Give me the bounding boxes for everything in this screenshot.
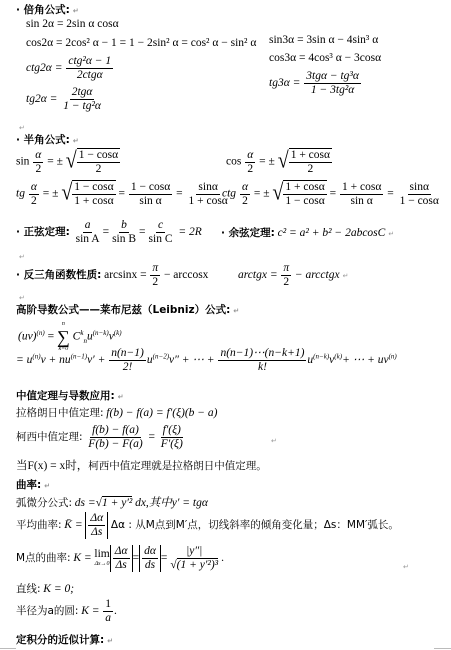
paragraph-mark: ↵ bbox=[73, 8, 79, 15]
average-curvature: 平均曲率: K̄ = ΔαΔs Δα : 从M点到M′点，切线斜率的倾角变化量；… bbox=[16, 512, 399, 539]
formula-cos2a: cos2α = 2cos² α − 1 = 1 − 2sin² α = cos²… bbox=[26, 37, 256, 49]
lagrange-theorem: 拉格朗日中值定理: f(b) − f(a) = f′(ξ)(b − a) bbox=[16, 405, 218, 420]
formula-tg-half: tg α2 = ± √1 − cosα1 + cosα = 1 − cosαsi… bbox=[16, 180, 231, 208]
arc-differential: 弧微分公式: ds =√1 + y′² dx,其中y′ = tgα bbox=[16, 494, 208, 510]
paragraph-mark: ↵ bbox=[19, 253, 25, 261]
page-margin-rule-right bbox=[434, 648, 451, 649]
line-curvature: 直线: K = 0; bbox=[16, 581, 74, 596]
paragraph-mark: ↵ bbox=[19, 124, 25, 132]
formula-sin2a: sin 2α = 2sin α cosα bbox=[26, 18, 119, 30]
formula-ctg2a: ctg2α = ctg²α − 12ctgα bbox=[26, 55, 114, 82]
inverse-trig: · 反三角函数性质: arcsinx = π2 − arccosx bbox=[16, 262, 208, 289]
formula-tg2a: tg2α = 2tgα1 − tg²α bbox=[26, 86, 104, 113]
heading-leibniz: 高阶导数公式——莱布尼兹（Leibniz）公式:↵ bbox=[16, 302, 239, 317]
heading-approx-integral: 定积分的近似计算:↵ bbox=[16, 632, 113, 647]
heading-curvature: 曲率:↵ bbox=[16, 477, 50, 492]
heading-double-angle: · 倍角公式:↵ bbox=[16, 2, 79, 17]
circle-curvature: 半径为a的圆: K = 1a. bbox=[16, 598, 117, 625]
formula-sin-half: sin α2 = ± √1 − cosα2 bbox=[16, 148, 120, 176]
heading-mean-value: 中值定理与导数应用:↵ bbox=[16, 388, 124, 403]
formula-leibniz-2: = u(n)v + nu(n−1)v′ + n(n−1)2!u(n−2)v″ +… bbox=[16, 347, 397, 374]
paragraph-mark: ↵ bbox=[271, 437, 277, 445]
sine-law: · 正弦定理: asin A=bsin B=csin C = 2R bbox=[16, 219, 202, 246]
cauchy-theorem: 柯西中值定理: f(b) − f(a)F(b) − F(a) = f′(ξ)F′… bbox=[16, 424, 186, 451]
cauchy-note: 当F(x) = x时，柯西中值定理就是拉格朗日中值定理。 bbox=[16, 457, 267, 473]
heading-half-angle: · 半角公式:↵ bbox=[16, 132, 79, 147]
formula-sin3a: sin3α = 3sin α − 4sin³ α bbox=[269, 34, 378, 46]
sigma-icon: ∑ bbox=[57, 329, 70, 345]
heading-inverse-trig: · 反三角函数性质: bbox=[16, 269, 101, 281]
heading-cosine-law: · 余弦定理: bbox=[221, 227, 275, 239]
formula-tg3a: tg3α = 3tgα − tg³α1 − 3tg²α bbox=[269, 70, 362, 97]
paragraph-mark: ↵ bbox=[19, 294, 25, 302]
cosine-law: · 余弦定理: c² = a² + b² − 2abcosC↵ bbox=[221, 225, 394, 240]
inverse-trig-2: arctgx = π2 − arcctgx↵ bbox=[238, 262, 348, 289]
point-curvature: M点的曲率: K = limΔs→0 ΔαΔs=dαds=|y″|√(1 + y… bbox=[16, 545, 224, 572]
page-margin-rule-left bbox=[0, 648, 16, 649]
formula-ctg-half: ctg α2 = ± √1 + cosα1 − cosα = 1 + cosαs… bbox=[222, 180, 442, 208]
formula-cos3a: cos3α = 4cos³ α − 3cosα bbox=[269, 52, 381, 64]
heading-sine-law: · 正弦定理: bbox=[16, 226, 70, 238]
formula-cos-half: cos α2 = ± √1 + cosα2 bbox=[226, 148, 332, 176]
paragraph-mark: ↵ bbox=[403, 563, 409, 571]
